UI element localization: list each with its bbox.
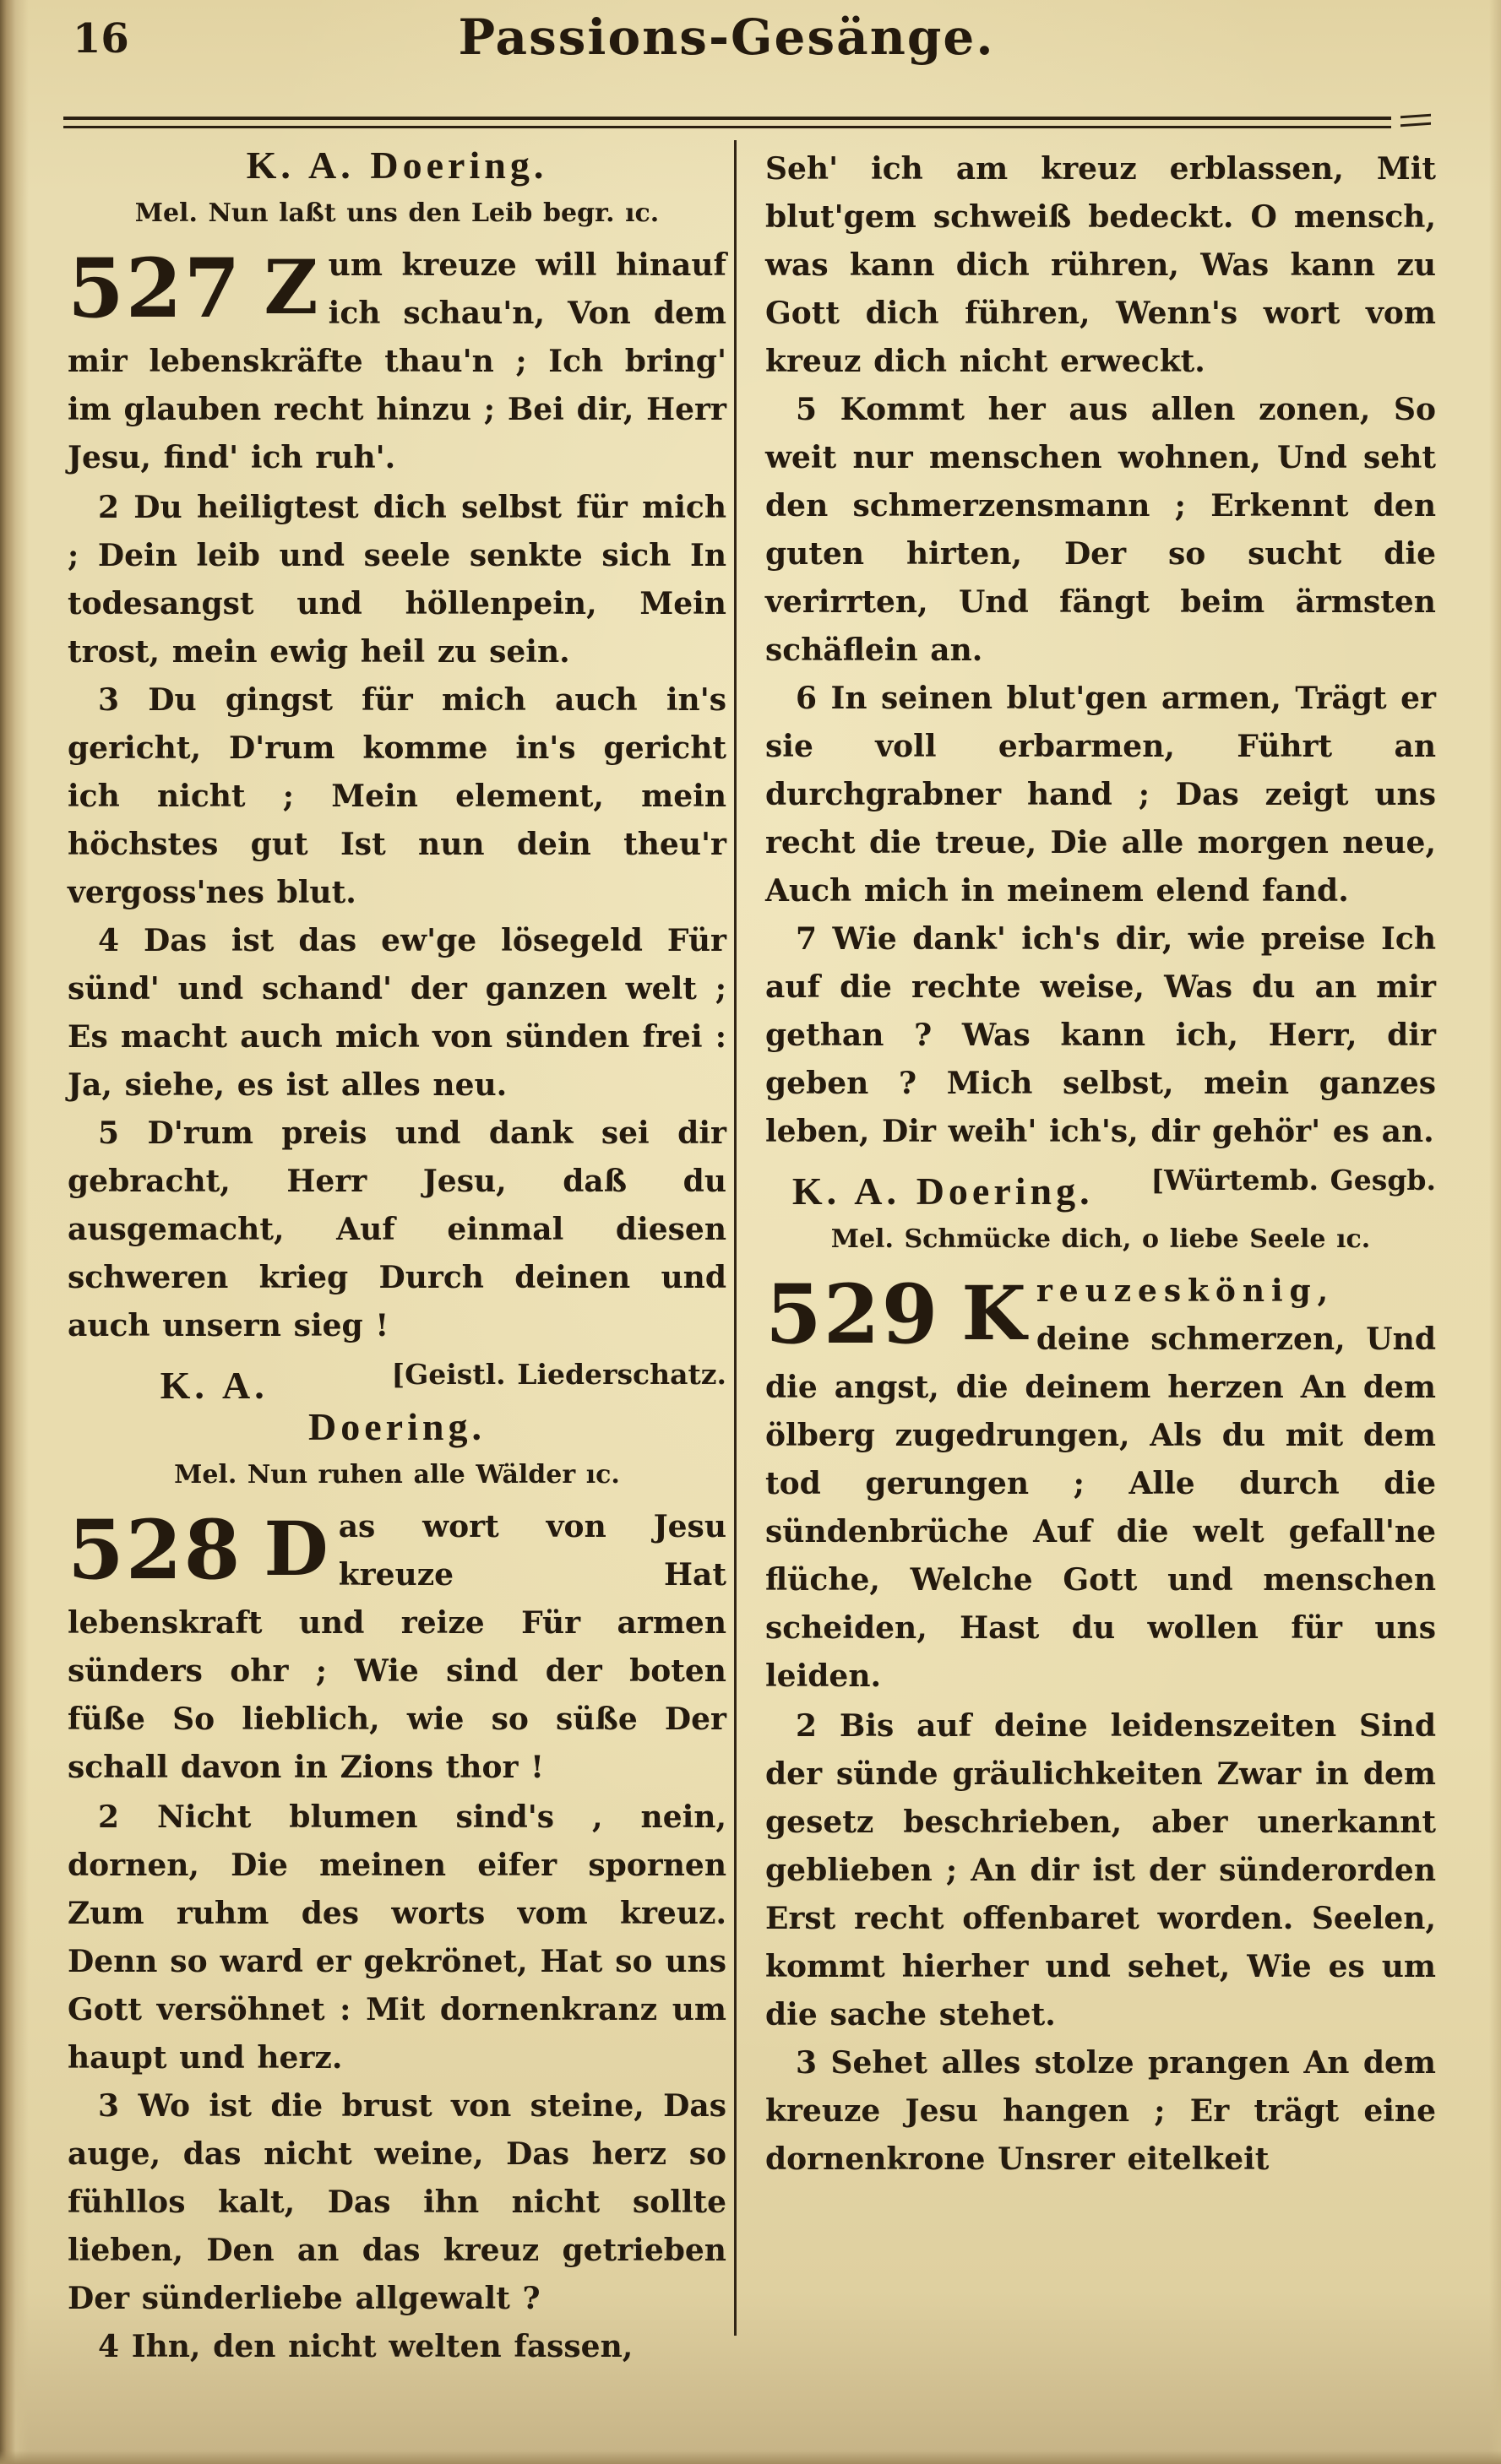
hymn-528-opening: 528Das wort von Jesu kreuze Hat lebenskr… [68, 1503, 726, 1792]
header-rule-end-mark [1400, 114, 1431, 128]
hymn-verse: 2 Bis auf deine leidenszeiten Sind der s… [765, 1702, 1436, 2039]
melody-line: Mel. Nun laßt uns den Leib begr. ıc. [68, 198, 726, 230]
source-attribution: [Würtemb. Gesgb. [1121, 1156, 1436, 1204]
hymn-verse: 2 Nicht blumen sind's , nein, dornen, Di… [68, 1794, 726, 2082]
hymn-verse: 4 Ihn, den nicht welten fassen, [68, 2323, 726, 2371]
melody-line: Mel. Nun ruhen alle Wälder ıc. [68, 1459, 726, 1491]
column-divider-rule [734, 140, 737, 2336]
hymn-opening-text: deine schmerzen, Und die angst, die dein… [765, 1322, 1436, 1694]
hymn-verse: 5 D'rum preis und dank sei dir gebracht,… [68, 1110, 726, 1350]
right-column: Seh' ich am kreuz erblassen, Mit blut'ge… [765, 145, 1436, 2184]
hymn-verse: 7 Wie dank' ich's dir, wie preise Ich au… [765, 915, 1436, 1156]
drop-cap-initial: D [264, 1505, 328, 1593]
author-heading: K. A. Doering. [68, 145, 726, 186]
left-column: K. A. Doering. Mel. Nun laßt uns den Lei… [68, 145, 726, 2371]
hymn-verse: 3 Wo ist die brust von steine, Das auge,… [68, 2082, 726, 2323]
source-attribution: [Geistl. Liederschatz. [361, 1350, 726, 1398]
header-double-rule [63, 117, 1391, 128]
hymn-verse: 4 Das ist das ew'ge lösegeld Für sünd' u… [68, 917, 726, 1110]
melody-line: Mel. Schmücke dich, o liebe Seele ıc. [765, 1224, 1436, 1256]
hymn-number: 527 [68, 243, 242, 334]
hymn-number: 529 [765, 1269, 939, 1360]
hymn-verse: 3 Du gingst für mich auch in's gericht, … [68, 676, 726, 917]
page-bottom-edge [0, 2450, 1501, 2464]
page-title: Passions-Gesänge. [63, 8, 1390, 66]
hymn-verse-text: 7 Wie dank' ich's dir, wie preise Ich au… [765, 921, 1436, 1149]
book-gutter-edge [0, 0, 29, 2464]
scanned-hymnal-page: { "page": { "number": "16", "title": "Pa… [0, 0, 1501, 2464]
hymn-verse: 6 In seinen blut'gen armen, Trägt er sie… [765, 675, 1436, 915]
hymn-verse: 5 Kommt her aus allen zonen, So weit nur… [765, 386, 1436, 675]
page-right-edge [1489, 0, 1501, 2464]
hymn-verse-continuation: Seh' ich am kreuz erblassen, Mit blut'ge… [765, 145, 1436, 386]
hymn-verse: 3 Sehet alles stolze prangen An dem kreu… [765, 2039, 1436, 2184]
hymn-verse-text: 5 D'rum preis und dank sei dir gebracht,… [68, 1115, 726, 1343]
drop-cap-initial: K [961, 1269, 1025, 1357]
hymn-529-opening: 529Kreuzeskönig, deine schmerzen, Und di… [765, 1267, 1436, 1701]
drop-cap-initial: Z [264, 243, 318, 331]
hymn-verse: 2 Du heiligtest dich selbst für mich ; D… [68, 484, 726, 676]
hymn-527-opening: 527Zum kreuze will hinauf ich schau'n, V… [68, 242, 726, 482]
hymn-number: 528 [68, 1505, 242, 1596]
hymn-opening-lead: reuzeskönig, [1036, 1273, 1335, 1309]
